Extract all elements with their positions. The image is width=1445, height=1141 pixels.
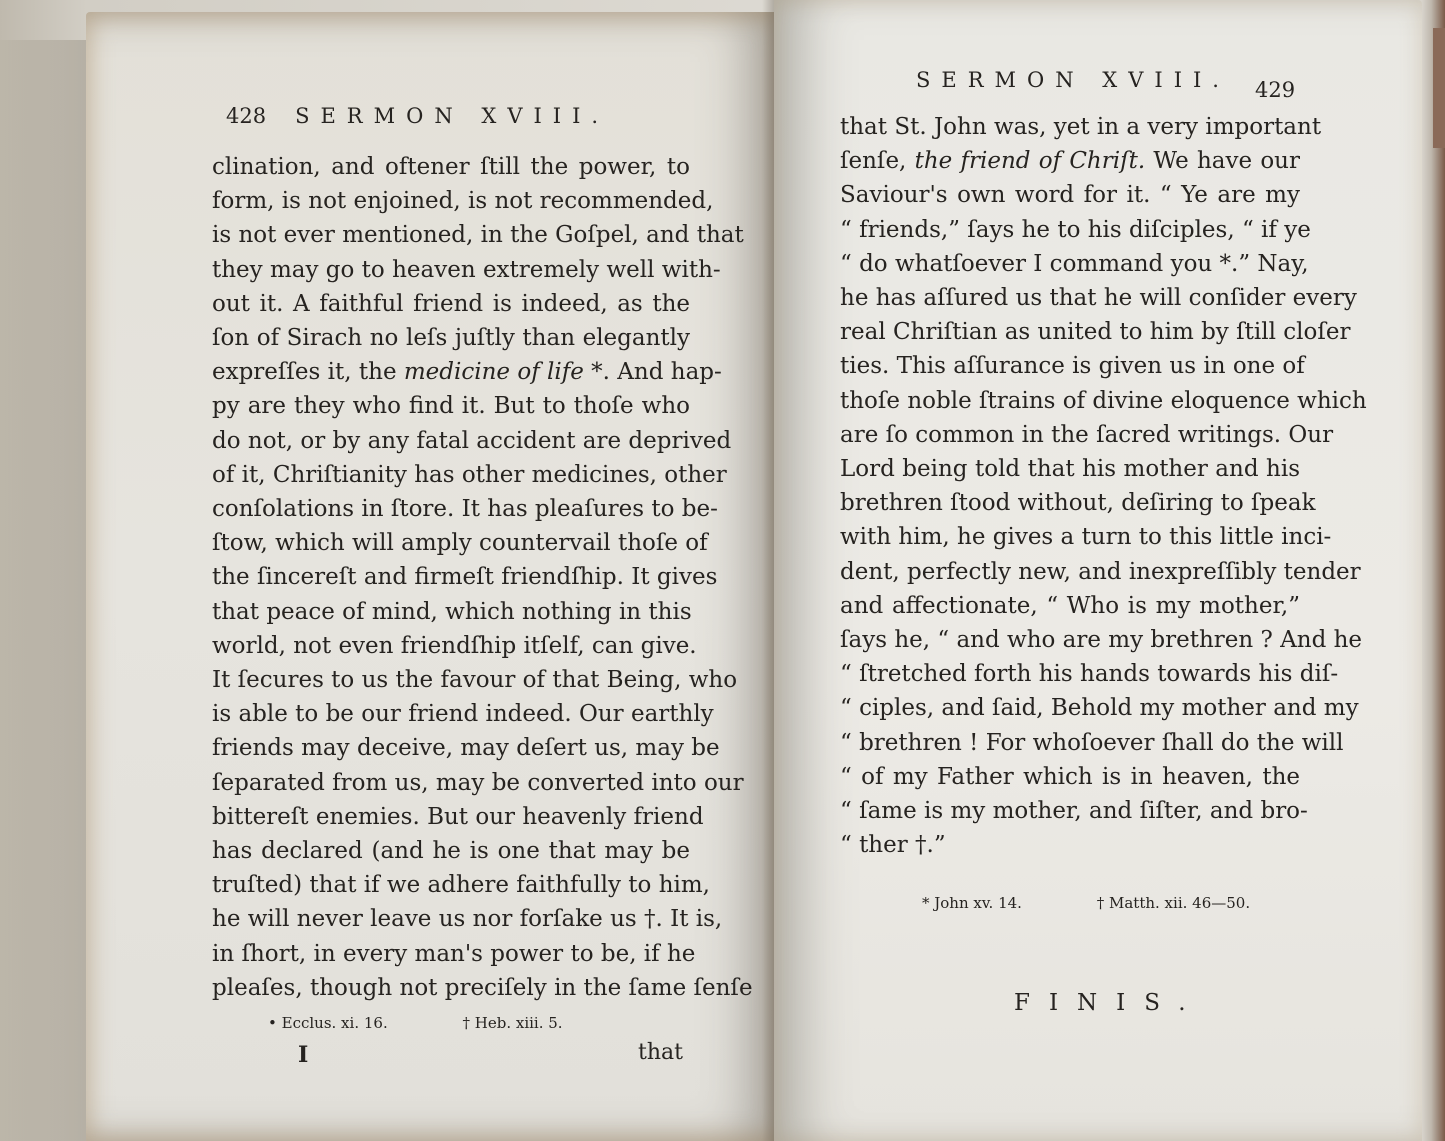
right-page: SERMON XVIII. 429 that St. John was, yet… — [774, 0, 1422, 1141]
text-line: clination, and oftener ſtill the power, … — [212, 150, 690, 184]
text-line: bittereſt enemies. But our heavenly frie… — [212, 800, 690, 834]
text-line: is not ever mentioned, in the Goſpel, an… — [212, 218, 690, 252]
left-page: 428 SERMON XVIII. clination, and oftener… — [86, 12, 780, 1141]
text-line: that St. John was, yet in a very importa… — [840, 110, 1300, 144]
italic-phrase: medicine of life — [404, 359, 584, 385]
text-line: in ſhort, in every man's power to be, if… — [212, 937, 690, 971]
text-line: he will never leave us nor forſake us †.… — [212, 902, 690, 936]
text-line: that peace of mind, which nothing in thi… — [212, 595, 690, 629]
text-line: Saviour's own word for it. “ Ye are my — [840, 178, 1300, 212]
text-line: out it. A faithful friend is indeed, as … — [212, 287, 690, 321]
text-fragment: ſenſe, — [840, 148, 915, 174]
italic-phrase: the friend of Chriſt. — [915, 148, 1146, 174]
text-line: the ſincereſt and firmeſt friendſhip. It… — [212, 560, 690, 594]
footnote: • Ecclus. xi. 16. — [268, 1014, 388, 1032]
text-line: with him, he gives a turn to this little… — [840, 520, 1300, 554]
text-line: py are they who find it. But to thoſe wh… — [212, 389, 690, 423]
text-line: ties. This aſſurance is given us in one … — [840, 349, 1300, 383]
text-line: “ ther †.” — [840, 828, 1300, 862]
text-line: “ brethren ! For whoſoever ſhall do the … — [840, 726, 1300, 760]
text-line: ſon of Sirach no leſs juſtly than elegan… — [212, 321, 690, 355]
text-line: are ſo common in the ſacred writings. Ou… — [840, 418, 1300, 452]
text-line: “ friends,” ſays he to his diſciples, “ … — [840, 213, 1300, 247]
text-line: friends may deceive, may deſert us, may … — [212, 731, 690, 765]
left-page-body: clination, and oftener ſtill the power, … — [212, 150, 690, 1005]
text-line: “ ciples, and ſaid, Behold my mother and… — [840, 691, 1300, 725]
right-footnotes: * John xv. 14. † Matth. xii. 46—50. — [922, 894, 1320, 912]
footnote: † Matth. xii. 46—50. — [1097, 894, 1250, 912]
text-line: world, not even friendſhip itſelf, can g… — [212, 629, 690, 663]
catchword: that — [638, 1040, 683, 1065]
text-line: “ do whatſoever I command you *.” Nay, — [840, 247, 1300, 281]
footnote: * John xv. 14. — [922, 894, 1022, 912]
left-page-header: 428 SERMON XVIII. — [226, 104, 609, 129]
book-cover-edge — [1422, 0, 1445, 1141]
text-line: “ ſtretched forth his hands towards his … — [840, 657, 1300, 691]
text-line: thoſe noble ſtrains of divine eloquence … — [840, 384, 1300, 418]
text-fragment: *. And hap- — [584, 359, 722, 385]
text-line: real Chriſtian as united to him by ſtill… — [840, 315, 1300, 349]
text-line: It ſecures to us the favour of that Bein… — [212, 663, 690, 697]
left-running-title: SERMON XVIII. — [295, 104, 609, 128]
text-line: conſolations in ſtore. It has pleaſures … — [212, 492, 690, 526]
text-line: “ of my Father which is in heaven, the — [840, 760, 1300, 794]
text-line: has declared (and he is one that may be — [212, 834, 690, 868]
text-line: “ ſame is my mother, and ſiſter, and bro… — [840, 794, 1300, 828]
text-line: and affectionate, “ Who is my mother,” — [840, 589, 1300, 623]
left-footnotes: • Ecclus. xi. 16. † Heb. xiii. 5. — [268, 1014, 633, 1032]
text-line: he has aſſured us that he will conſider … — [840, 281, 1300, 315]
text-line: Lord being told that his mother and his — [840, 452, 1300, 486]
right-running-title: SERMON XVIII. — [916, 68, 1230, 92]
right-page-header: SERMON XVIII. 429 — [916, 68, 1295, 93]
text-line: form, is not enjoined, is not recommende… — [212, 184, 690, 218]
text-line: they may go to heaven extremely well wit… — [212, 253, 690, 287]
text-fragment: expreſſes it, the — [212, 359, 404, 385]
text-line: of it, Chriſtianity has other medicines,… — [212, 458, 690, 492]
book-cover-corner — [1433, 28, 1445, 148]
text-line: ſenſe, the friend of Chriſt. We have our — [840, 144, 1300, 178]
text-line: ſeparated from us, may be converted into… — [212, 766, 690, 800]
text-line: pleaſes, though not preciſely in the ſam… — [212, 971, 690, 1005]
text-line: expreſſes it, the medicine of life *. An… — [212, 355, 690, 389]
right-page-body: that St. John was, yet in a very importa… — [840, 110, 1300, 862]
signature-mark: I — [298, 1042, 308, 1068]
text-fragment: We have our — [1145, 148, 1300, 174]
right-page-number: 429 — [1255, 78, 1295, 102]
text-line: ſtow, which will amply countervail thoſe… — [212, 526, 690, 560]
text-line: truſted) that if we adhere faithfully to… — [212, 868, 690, 902]
footnote: † Heb. xiii. 5. — [463, 1014, 563, 1032]
text-line: ſays he, “ and who are my brethren ? And… — [840, 623, 1300, 657]
text-line: dent, perfectly new, and inexpreſſibly t… — [840, 555, 1300, 589]
left-page-number: 428 — [226, 104, 266, 128]
text-line: do not, or by any fatal accident are dep… — [212, 424, 690, 458]
finis-end-mark: FINIS. — [1014, 990, 1205, 1016]
text-line: brethren ſtood without, deſiring to ſpea… — [840, 486, 1300, 520]
book-shadow — [0, 40, 92, 1141]
text-line: is able to be our friend indeed. Our ear… — [212, 697, 690, 731]
